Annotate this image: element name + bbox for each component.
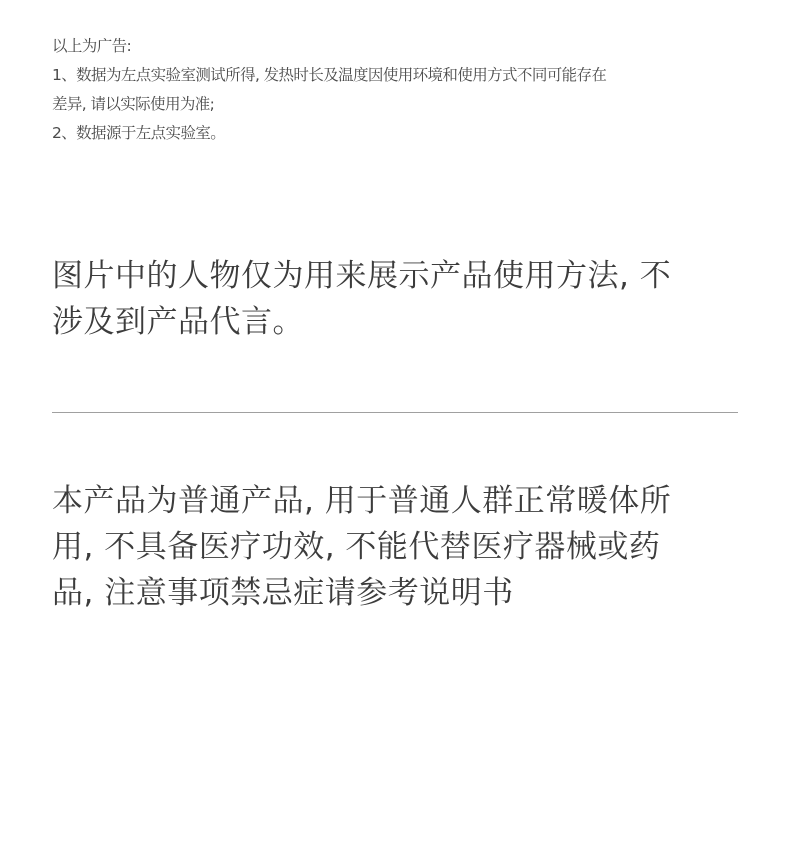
image-disclaimer-line: 涉及到产品代言。	[52, 299, 752, 345]
ad-notice-item-1: 1、数据为左点实验室测试所得, 发热时长及温度因使用环境和使用方式不同可能存在	[52, 61, 752, 90]
image-disclaimer-line: 图片中的人物仅为用来展示产品使用方法, 不	[52, 253, 752, 299]
product-disclaimer-line: 用, 不具备医疗功效, 不能代替医疗器械或药	[52, 524, 752, 570]
product-disclaimer: 本产品为普通产品, 用于普通人群正常暖体所 用, 不具备医疗功效, 不能代替医疗…	[52, 478, 752, 616]
section-divider	[52, 412, 738, 413]
ad-notice-item-1-continued: 差异, 请以实际使用为准;	[52, 90, 752, 119]
product-disclaimer-line: 品, 注意事项禁忌症请参考说明书	[52, 570, 752, 616]
ad-notice-item-2: 2、数据源于左点实验室。	[52, 119, 752, 148]
ad-notice: 以上为广告: 1、数据为左点实验室测试所得, 发热时长及温度因使用环境和使用方式…	[52, 32, 752, 148]
product-disclaimer-line: 本产品为普通产品, 用于普通人群正常暖体所	[52, 478, 752, 524]
image-disclaimer: 图片中的人物仅为用来展示产品使用方法, 不 涉及到产品代言。	[52, 253, 752, 345]
ad-notice-heading: 以上为广告:	[52, 32, 752, 61]
